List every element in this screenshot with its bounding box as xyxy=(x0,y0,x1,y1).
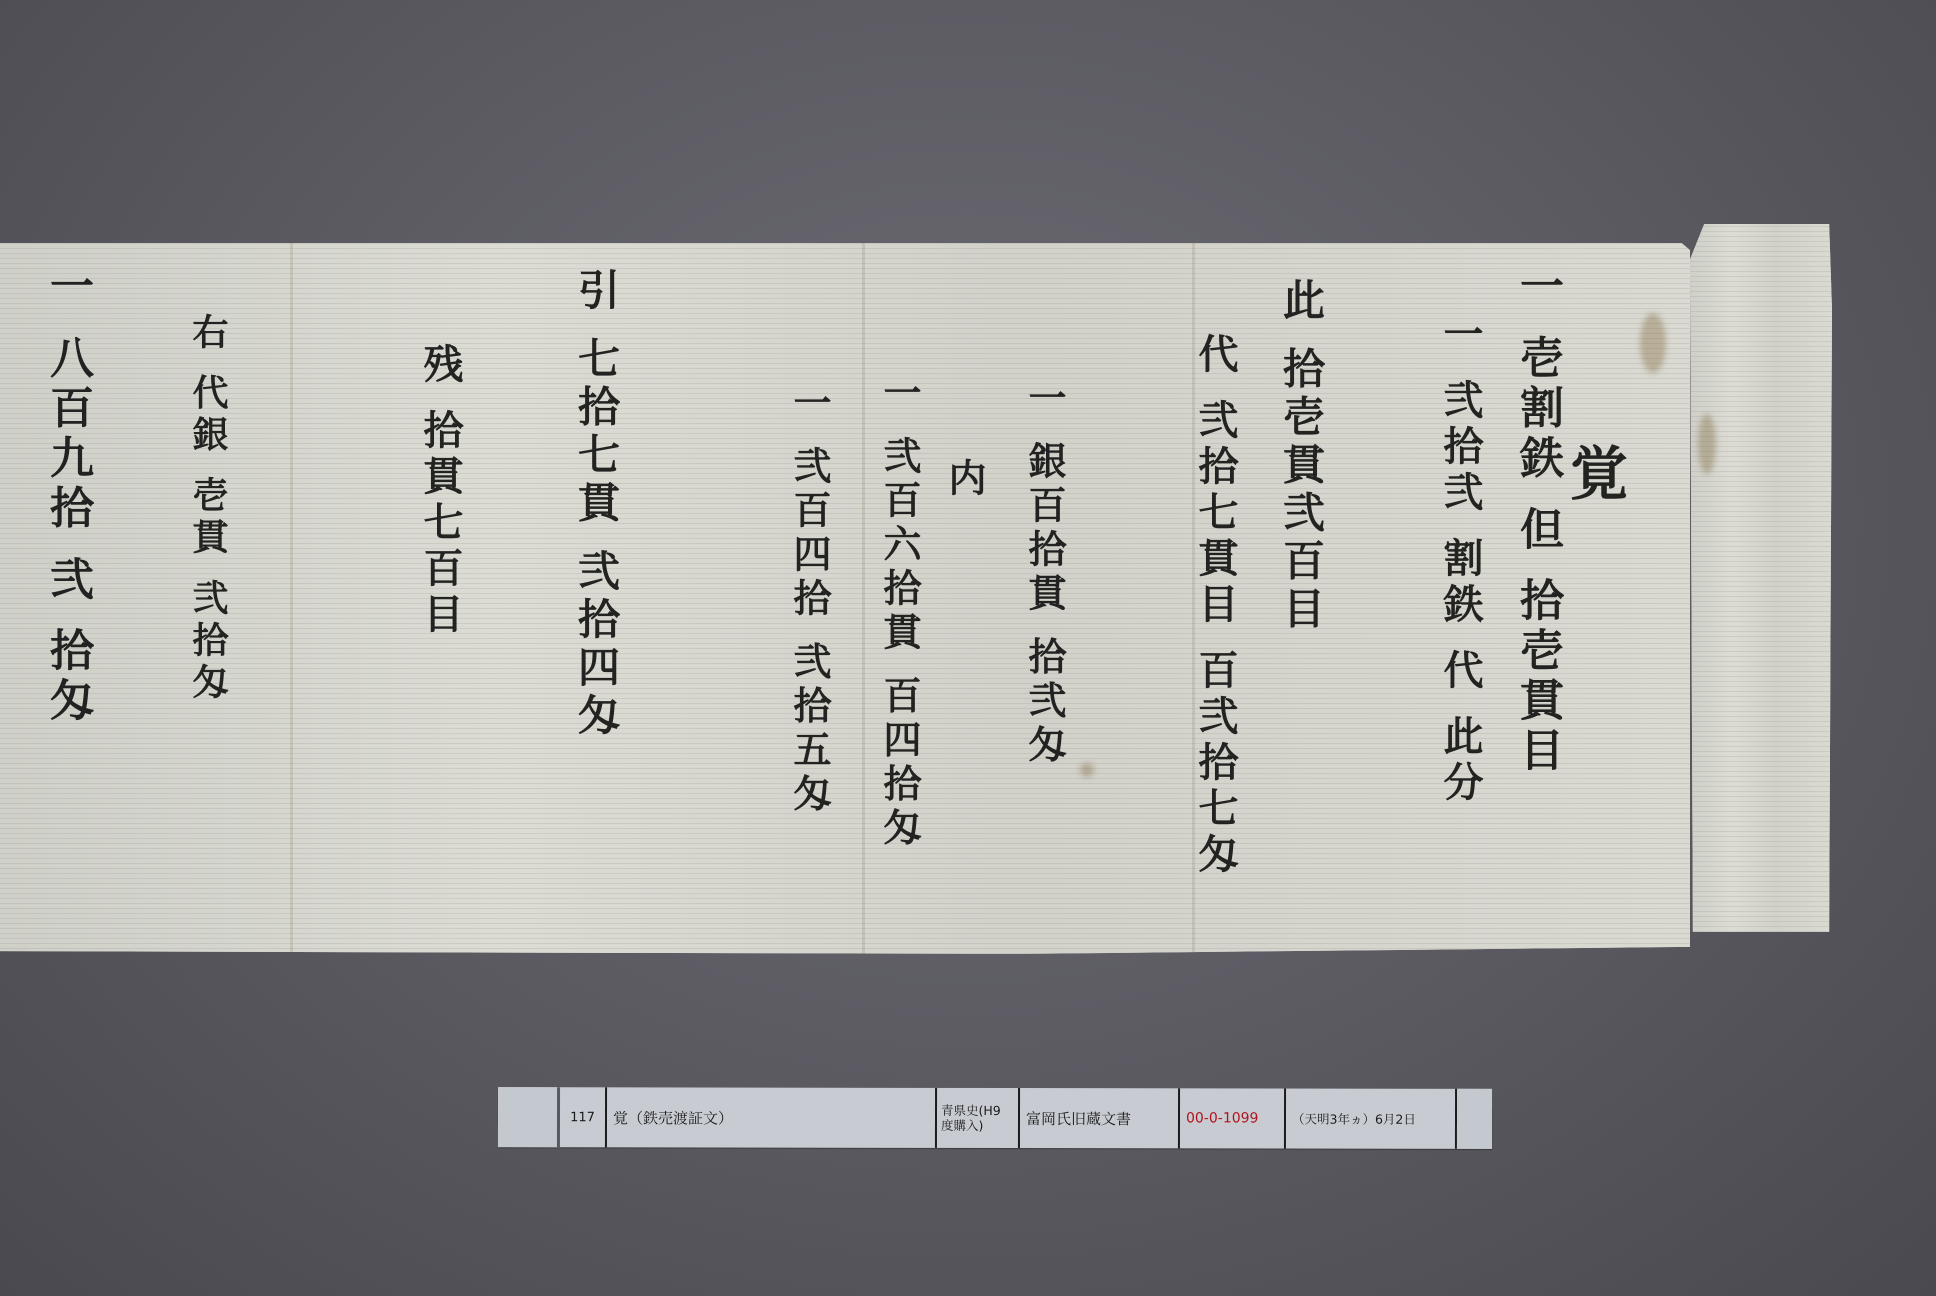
label-number: 117 xyxy=(560,1087,607,1147)
label-title-text: 覚（鉄売渡証文） xyxy=(613,1107,733,1128)
label-source-text: 青県史(H9 度購入) xyxy=(941,1103,1001,1133)
label-number-text: 117 xyxy=(570,1110,595,1125)
text-column: 此 拾壱貫弐百目 xyxy=(1280,278,1322,635)
text-column: 一 弐百四拾 弐拾五匁 xyxy=(790,383,828,817)
label-tail-cell xyxy=(1457,1089,1492,1149)
label-collection: 富岡氏旧蔵文書 xyxy=(1020,1088,1180,1148)
paper-stain xyxy=(1698,414,1716,474)
text-column: 残 拾貫七百目 xyxy=(420,343,460,639)
document-scroll: 覚 一 壱割鉄 但 拾壱貫目 一 弐拾弐 割鉄 代 此分 此 拾壱貫弐百目 代 … xyxy=(0,243,1690,954)
label-date: （天明3年ヵ）6月2日 xyxy=(1286,1089,1457,1149)
text-column: 一 銀百拾貫 拾弐匁 xyxy=(1025,378,1063,768)
label-source: 青県史(H9 度購入) xyxy=(937,1088,1020,1148)
label-date-text: （天明3年ヵ）6月2日 xyxy=(1292,1110,1416,1128)
document-end-flap xyxy=(1690,224,1832,932)
label-collection-text: 富岡氏旧蔵文書 xyxy=(1026,1108,1131,1129)
catalog-label-strip: 117 覚（鉄売渡証文） 青県史(H9 度購入) 富岡氏旧蔵文書 00-0-10… xyxy=(498,1087,1492,1149)
label-title: 覚（鉄売渡証文） xyxy=(607,1087,937,1148)
text-column: 引 七拾七貫 弐拾四匁 xyxy=(575,268,617,741)
text-column: 一 壱割鉄 但 拾壱貫目 xyxy=(1515,263,1559,777)
label-blank-cell xyxy=(498,1087,560,1147)
text-column: 覚 xyxy=(1565,443,1623,507)
text-column: 一 弐拾弐 割鉄 代 此分 xyxy=(1440,313,1480,807)
text-column: 一 八百九拾 弐 拾匁 xyxy=(45,263,89,727)
label-catalog-id-text: 00-0-1099 xyxy=(1186,1110,1258,1126)
calligraphy-text: 覚 一 壱割鉄 但 拾壱貫目 一 弐拾弐 割鉄 代 此分 此 拾壱貫弐百目 代 … xyxy=(0,243,1690,954)
text-column: 右 代銀 壱貫 弐拾匁 xyxy=(190,313,226,705)
text-column: 一 弐百六拾貫 百四拾匁 xyxy=(880,373,918,851)
label-catalog-id: 00-0-1099 xyxy=(1180,1088,1286,1148)
text-column: 代 弐拾七貫目 百弐拾七匁 xyxy=(1195,333,1235,879)
text-column: 内 xyxy=(945,458,983,502)
